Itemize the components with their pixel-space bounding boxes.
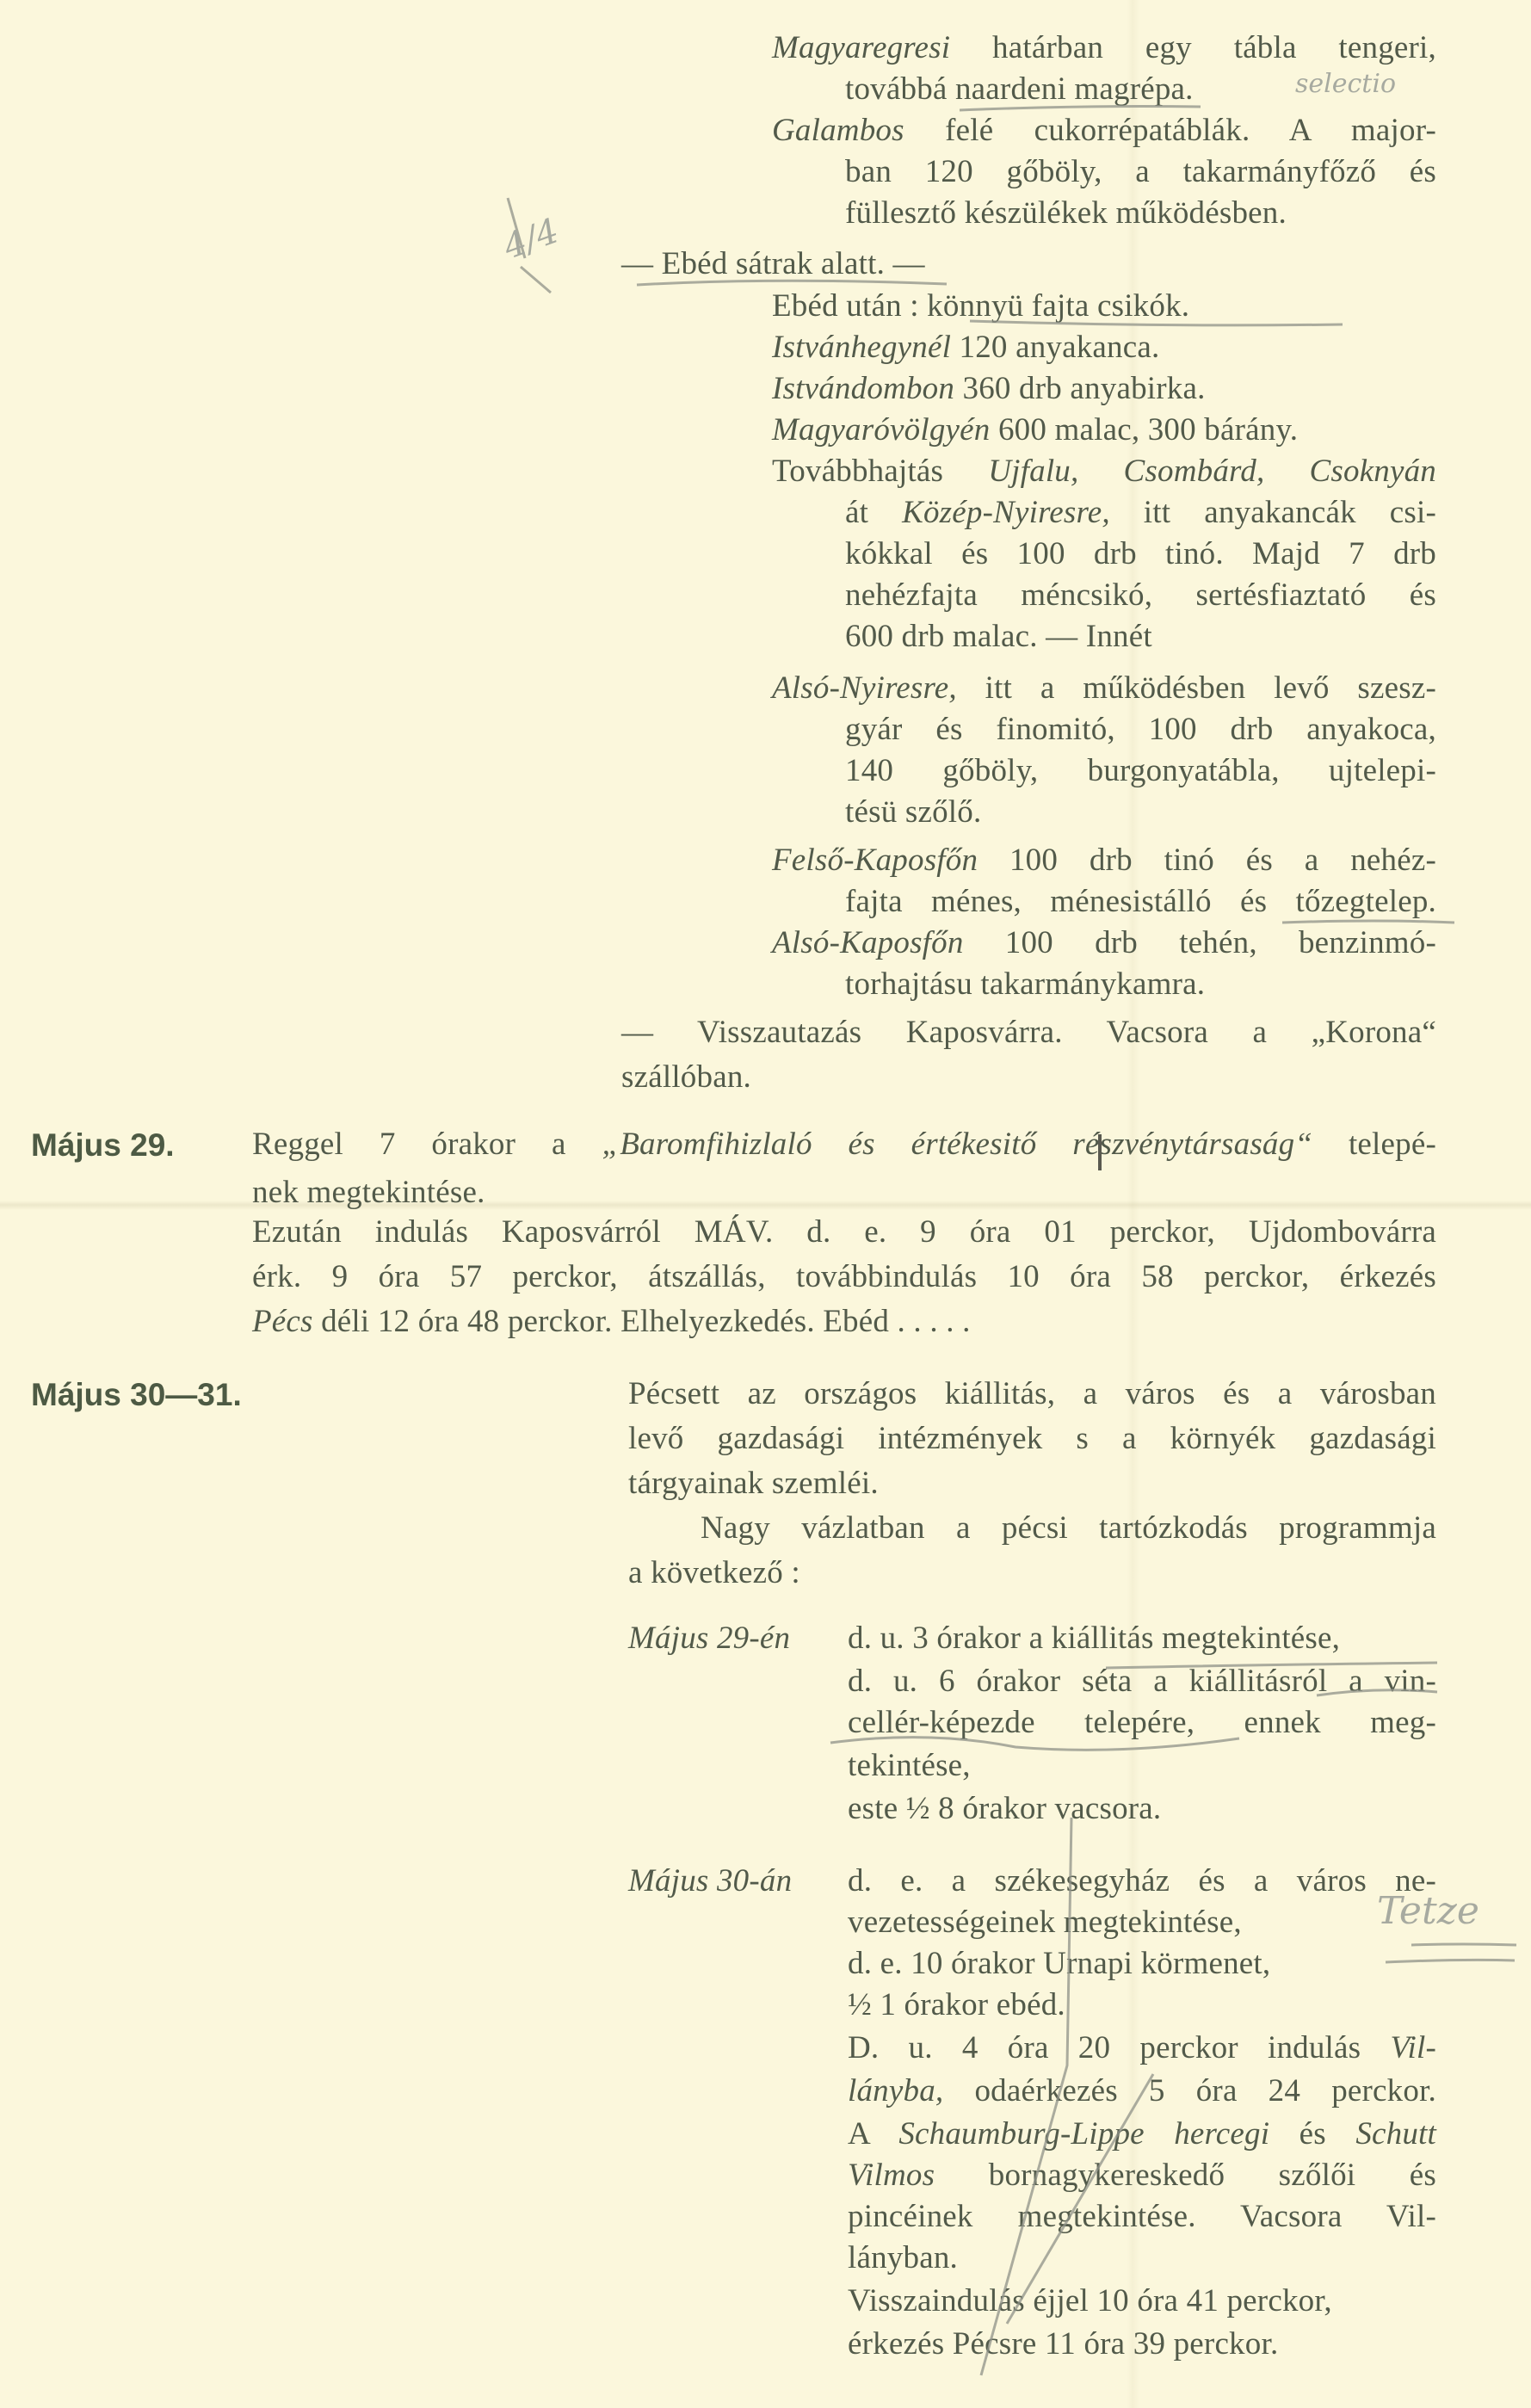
text-line: Magyaróvölgyén 600 malac, 300 bárány. xyxy=(772,410,1298,451)
text-line: át Közép-Nyiresre, itt anyakancák csi- xyxy=(845,492,1436,534)
text-line: 140 gőböly, burgonyatábla, ujtelepi- xyxy=(845,750,1436,792)
text-line: szállóban. xyxy=(621,1057,751,1098)
text-line: d. e. 10 órakor Urnapi körmenet, xyxy=(848,1943,1270,1985)
text-line: Magyaregresi határban egy tábla tengeri, xyxy=(772,28,1436,69)
text-line: pincéinek megtekintése. Vacsora Vil- xyxy=(848,2196,1436,2238)
day-label: Május 30-án xyxy=(628,1861,792,1902)
text-line: Istvándombon 360 drb anyabirka. xyxy=(772,368,1206,410)
text-line: nehézfajta méncsikó, sertésfiaztató és xyxy=(845,575,1436,616)
text-line: levő gazdasági intézmények s a környék g… xyxy=(628,1418,1436,1460)
text-line: este ½ 8 órakor vacsora. xyxy=(848,1788,1161,1830)
text-line: Galambos felé cukorrépatáblák. A major- xyxy=(772,110,1436,151)
text-line: ½ 1 órakor ebéd. xyxy=(848,1985,1065,2026)
text-line: Felső-Kaposfőn 100 drb tinó és a nehéz- xyxy=(772,840,1436,881)
text-line: füllesztő készülékek működésben. xyxy=(845,193,1287,234)
text-line: érkezés Pécsre 11 óra 39 perckor. xyxy=(848,2324,1278,2365)
text-line: Reggel 7 órakor a „Baromfihizlaló és ért… xyxy=(252,1124,1436,1165)
text-line: továbbá naardeni magrépa. xyxy=(845,69,1194,110)
text-line: d. u. 6 órakor séta a kiállitásról a vin… xyxy=(848,1661,1436,1702)
text-line: Visszaindulás éjjel 10 óra 41 perckor, xyxy=(848,2281,1332,2322)
text-line: torhajtásu takarmánykamra. xyxy=(845,964,1205,1005)
text-line: érk. 9 óra 57 perckor, átszállás, tovább… xyxy=(252,1256,1436,1298)
text-line: A Schaumburg-Lippe hercegi és Schutt xyxy=(848,2114,1436,2155)
text-line: d. u. 3 órakor a kiállitás megtekintése, xyxy=(848,1618,1340,1659)
text-line: tekintése, xyxy=(848,1745,971,1787)
text-line: Vilmos bornagykereskedő szőlői és xyxy=(848,2155,1436,2196)
text-line: — Ebéd sátrak alatt. — xyxy=(621,244,925,285)
text-line: 600 drb malac. — Innét xyxy=(845,616,1152,658)
text-line: kókkal és 100 drb tinó. Majd 7 drb xyxy=(845,534,1436,575)
text-line: Pécs déli 12 óra 48 perckor. Elhelyezked… xyxy=(252,1301,971,1343)
text-line: D. u. 4 óra 20 perckor indulás Vil- xyxy=(848,2028,1436,2069)
text-line: lányban. xyxy=(848,2238,958,2279)
text-line: lányba, odaérkezés 5 óra 24 perckor. xyxy=(848,2071,1436,2112)
text-line: Pécsett az országos kiállitás, a város é… xyxy=(628,1374,1436,1415)
date-heading: Május 29. xyxy=(31,1127,175,1164)
text-line: tésü szőlő. xyxy=(845,792,981,833)
text-line: vezetességeinek megtekintése, xyxy=(848,1902,1242,1943)
text-line: nek megtekintése. xyxy=(252,1172,485,1213)
text-line: Alsó-Nyiresre, itt a működésben levő sze… xyxy=(772,668,1436,709)
pencil-note-selectio: selectio xyxy=(1295,69,1396,99)
text-line: Alsó-Kaposfőn 100 drb tehén, benzinmó- xyxy=(772,923,1436,964)
text-line: cellér-képezde telepére, ennek meg- xyxy=(848,1702,1436,1744)
date-heading: Május 30—31. xyxy=(31,1377,242,1413)
text-line: tárgyainak szemléi. xyxy=(628,1463,879,1504)
text-line: gyár és finomitó, 100 drb anyakoca, xyxy=(845,709,1436,750)
pencil-margin-mark: 4/4 xyxy=(498,211,564,267)
text-line: ban 120 gőböly, a takarmányfőző és xyxy=(845,151,1436,193)
text-line: Istvánhegynél 120 anyakanca. xyxy=(772,327,1159,368)
text-line: Ebéd után : könnyü fajta csikók. xyxy=(772,286,1189,327)
text-line: — Visszautazás Kaposvárra. Vacsora a „Ko… xyxy=(621,1012,1436,1053)
text-line: Továbbhajtás Ujfalu, Csombárd, Csoknyán xyxy=(772,451,1436,492)
text-line: a következő : xyxy=(628,1553,800,1594)
document-page: Magyaregresi határban egy tábla tengeri,… xyxy=(0,0,1531,2408)
text-line: Nagy vázlatban a pécsi tartózkodás progr… xyxy=(701,1508,1436,1549)
text-line: d. e. a székesegyház és a város ne- xyxy=(848,1861,1436,1902)
text-line: Ezután indulás Kaposvárról MÁV. d. e. 9 … xyxy=(252,1212,1436,1253)
day-label: Május 29-én xyxy=(628,1618,790,1659)
text-line: fajta ménes, ménesistálló és tőzegtelep. xyxy=(845,881,1436,923)
